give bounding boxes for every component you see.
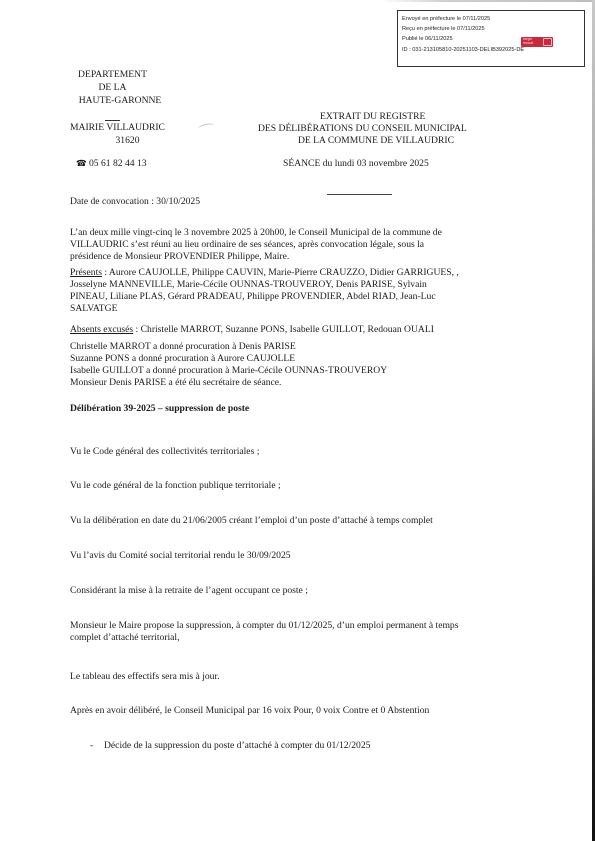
deliberation-title: Délibération 39-2025 – suppression de po…	[70, 403, 249, 414]
table-update: Le tableau des effectifs sera mis à jour…	[70, 671, 220, 682]
title-line2: DES DÉLIBÉRATIONS DU CONSEIL MUNICIPAL	[258, 123, 467, 134]
phone-icon: ☎	[76, 159, 87, 169]
absents-text: : Christelle MARROT, Suzanne PONS, Isabe…	[133, 324, 434, 335]
presents-line2: Josselyne MANNEVILLE, Marie-Cécile OUNNA…	[70, 279, 427, 290]
intro-line3: présidence de Monsieur PROVENDIER Philip…	[70, 251, 289, 262]
department-line2: DE LA	[70, 82, 155, 93]
pen-mark	[198, 122, 215, 131]
absents-label: Absents excusés	[70, 324, 133, 335]
scan-edge-top	[380, 0, 595, 2]
stamp-sent: Envoyé en préfecture le 07/11/2025	[402, 14, 584, 24]
intro-line2: VILLAUDRIC s’est réuni au lieu ordinaire…	[70, 239, 424, 250]
stamp-received: Reçu en préfecture le 07/11/2025	[402, 24, 584, 34]
phone-number: 05 61 82 44 13	[89, 158, 147, 169]
logo-mark-icon	[543, 38, 552, 46]
decorative-rule	[105, 120, 120, 121]
stamp-published: Publié le 06/11/2025	[402, 34, 584, 44]
consideration-item: Vu le Code général des collectivités ter…	[70, 446, 259, 457]
department-line3: HAUTE-GARONNE	[70, 95, 170, 106]
presents-label: Présents	[70, 267, 102, 278]
presents-line4: SALVATGE	[70, 303, 117, 314]
decision-text: Décide de la suppression du poste d’atta…	[104, 740, 370, 751]
proxy-line: Isabelle GUILLOT a donné procuration à M…	[70, 365, 387, 376]
proxy-line: Christelle MARROT a donné procuration à …	[70, 341, 296, 352]
postal-code: 31620	[70, 135, 185, 146]
presents-line1: Présents : Aurore CAUJOLLE, Philippe CAU…	[70, 267, 459, 278]
vote-result: Après en avoir délibéré, le Conseil Muni…	[70, 705, 429, 716]
separator-line	[327, 194, 392, 195]
proxy-line: Suzanne PONS a donné procuration à Auror…	[70, 353, 295, 364]
convocation-date: Date de convocation : 30/10/2025	[70, 196, 200, 207]
session-date: SÉANCE du lundi 03 novembre 2025	[283, 158, 429, 169]
mairie-name: MAIRIE VILLAUDRIC	[70, 122, 165, 133]
stamp-id: ID : 031-213105810-20251103-DELIB392025-…	[402, 45, 584, 55]
intro-line1: L’an deux mille vingt-cinq le 3 novembre…	[70, 227, 442, 238]
prefecture-stamp: Envoyé en préfecture le 07/11/2025 Reçu …	[397, 10, 585, 67]
title-line1: EXTRAIT DU REGISTRE	[320, 111, 425, 122]
consideration-item: Considérant la mise à la retraite de l’a…	[70, 585, 308, 596]
presents-text1: : Aurore CAUJOLLE, Philippe CAUVIN, Mari…	[102, 267, 459, 278]
berger-levrault-logo: berger levrault	[521, 37, 553, 47]
phone-line: ☎ 05 61 82 44 13	[76, 158, 147, 170]
proposal-line1: Monsieur le Maire propose la suppression…	[70, 620, 458, 631]
consideration-item: Vu l’avis du Comité social territorial r…	[70, 550, 291, 561]
decision-bullet: -	[90, 740, 93, 751]
proposal-line2: complet d’attaché territorial,	[70, 632, 179, 643]
title-line3: DE LA COMMUNE DE VILLAUDRIC	[298, 135, 454, 146]
consideration-item: Vu la délibération en date du 21/06/2005…	[70, 515, 433, 526]
consideration-item: Vu le code général de la fonction publiq…	[70, 480, 281, 491]
secretary-line: Monsieur Denis PARISE a été élu secrétai…	[70, 377, 281, 388]
presents-line3: PINEAU, Liliane PLAS, Gérard PRADEAU, Ph…	[70, 291, 436, 302]
document-page: Envoyé en préfecture le 07/11/2025 Reçu …	[0, 0, 595, 841]
absents-line: Absents excusés : Christelle MARROT, Suz…	[70, 324, 434, 335]
department-line1: DEPARTEMENT	[70, 69, 155, 80]
